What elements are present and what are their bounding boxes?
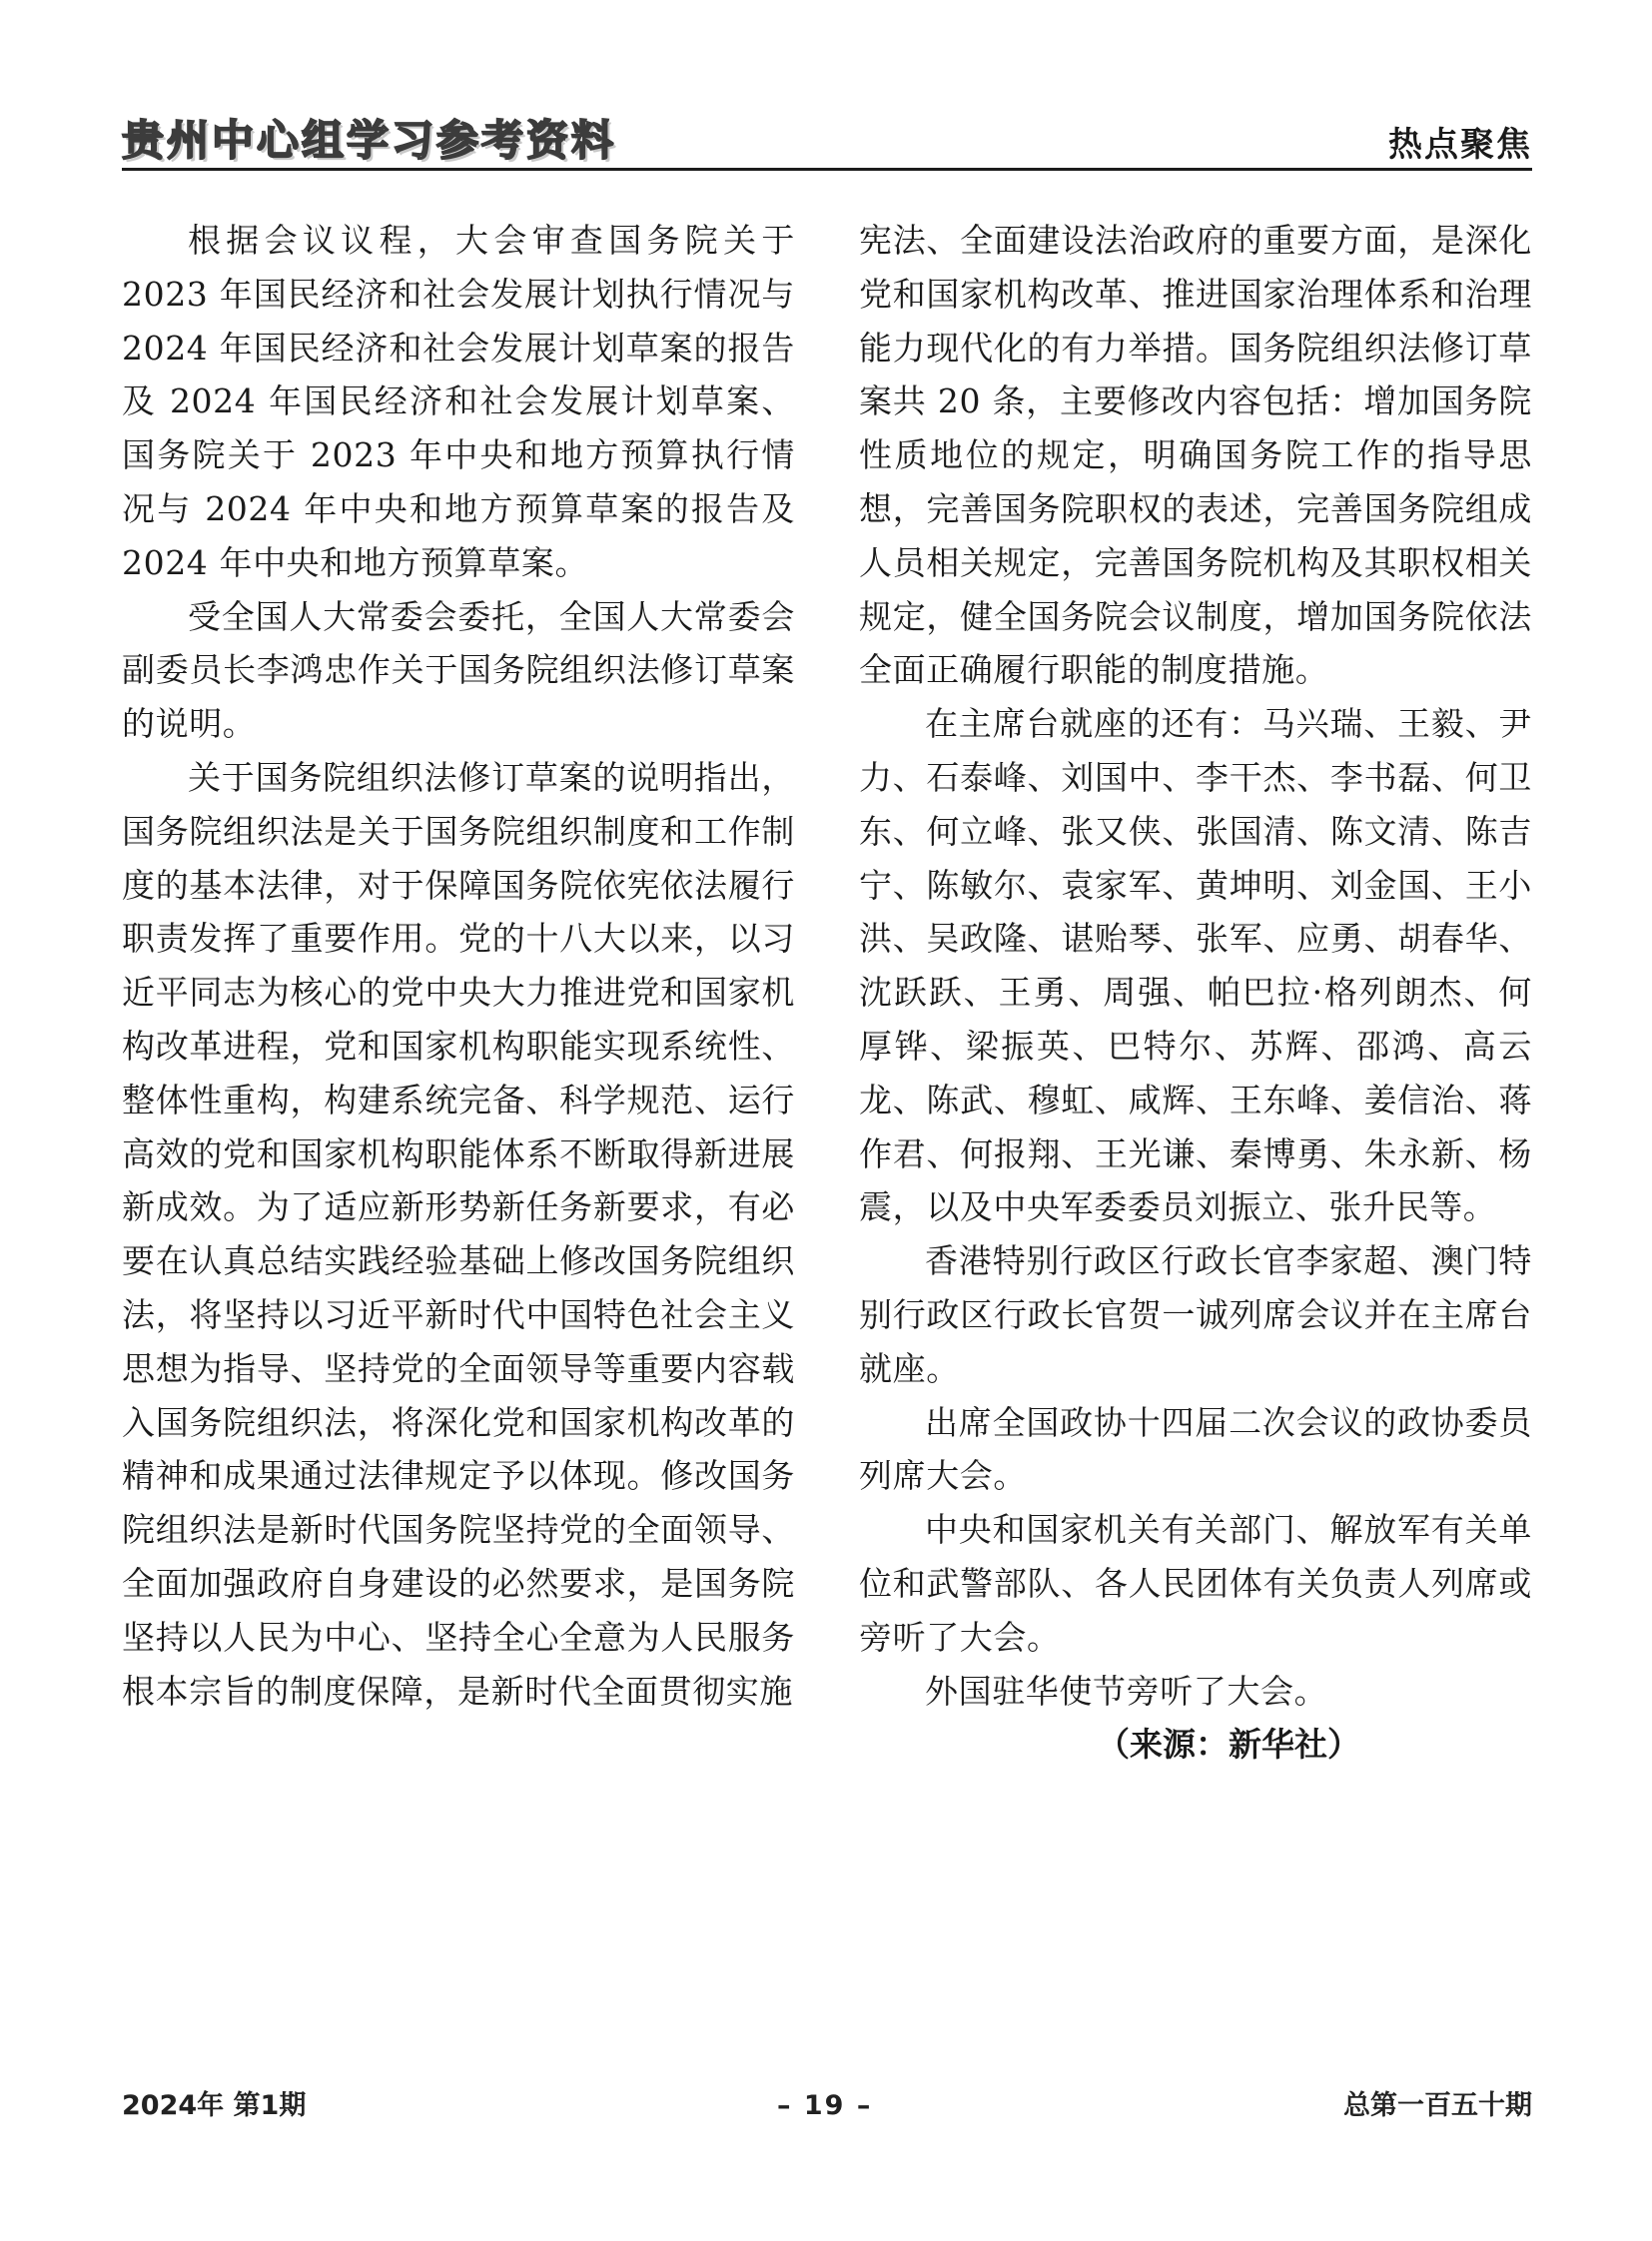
header-rule xyxy=(122,168,1532,171)
paragraph: 受全国人大常委会委托，全国人大常委会副委员长李鸿忠作关于国务院组织法修订草案的说… xyxy=(122,590,795,751)
article-body: 根据会议议程，大会审查国务院关于 2023 年国民经济和社会发展计划执行情况与 … xyxy=(122,214,1532,1772)
left-column: 根据会议议程，大会审查国务院关于 2023 年国民经济和社会发展计划执行情况与 … xyxy=(122,214,795,1772)
page-footer: 2024年 第1期 – 19 – 总第一百五十期 xyxy=(122,2083,1532,2122)
paragraph: 中央和国家机关有关部门、解放军有关单位和武警部队、各人民团体有关负责人列席或旁听… xyxy=(859,1503,1532,1664)
paragraph: 根据会议议程，大会审查国务院关于 2023 年国民经济和社会发展计划执行情况与 … xyxy=(122,214,795,590)
right-column: 宪法、全面建设法治政府的重要方面，是深化党和国家机构改革、推进国家治理体系和治理… xyxy=(859,214,1532,1772)
publication-title: 贵州中心组学习参考资料 xyxy=(122,120,616,162)
footer-cumulative-issue: 总第一百五十期 xyxy=(1343,2083,1532,2122)
footer-page-number: – 19 – xyxy=(777,2090,872,2121)
document-page: 贵州中心组学习参考资料 热点聚焦 根据会议议程，大会审查国务院关于 2023 年… xyxy=(0,0,1652,2241)
paragraph: 出席全国政协十四届二次会议的政协委员列席大会。 xyxy=(859,1396,1532,1504)
source-attribution: （来源：新华社） xyxy=(859,1718,1532,1772)
page-header: 贵州中心组学习参考资料 热点聚焦 xyxy=(122,104,1532,162)
paragraph: 外国驻华使节旁听了大会。 xyxy=(859,1665,1532,1719)
paragraph: 宪法、全面建设法治政府的重要方面，是深化党和国家机构改革、推进国家治理体系和治理… xyxy=(859,214,1532,697)
section-label: 热点聚焦 xyxy=(1388,128,1532,162)
paragraph: 关于国务院组织法修订草案的说明指出，国务院组织法是关于国务院组织制度和工作制度的… xyxy=(122,751,795,1718)
footer-issue: 2024年 第1期 xyxy=(122,2083,306,2122)
paragraph: 在主席台就座的还有：马兴瑞、王毅、尹力、石泰峰、刘国中、李干杰、李书磊、何卫东、… xyxy=(859,697,1532,1234)
paragraph: 香港特别行政区行政长官李家超、澳门特别行政区行政长官贺一诚列席会议并在主席台就座… xyxy=(859,1234,1532,1395)
